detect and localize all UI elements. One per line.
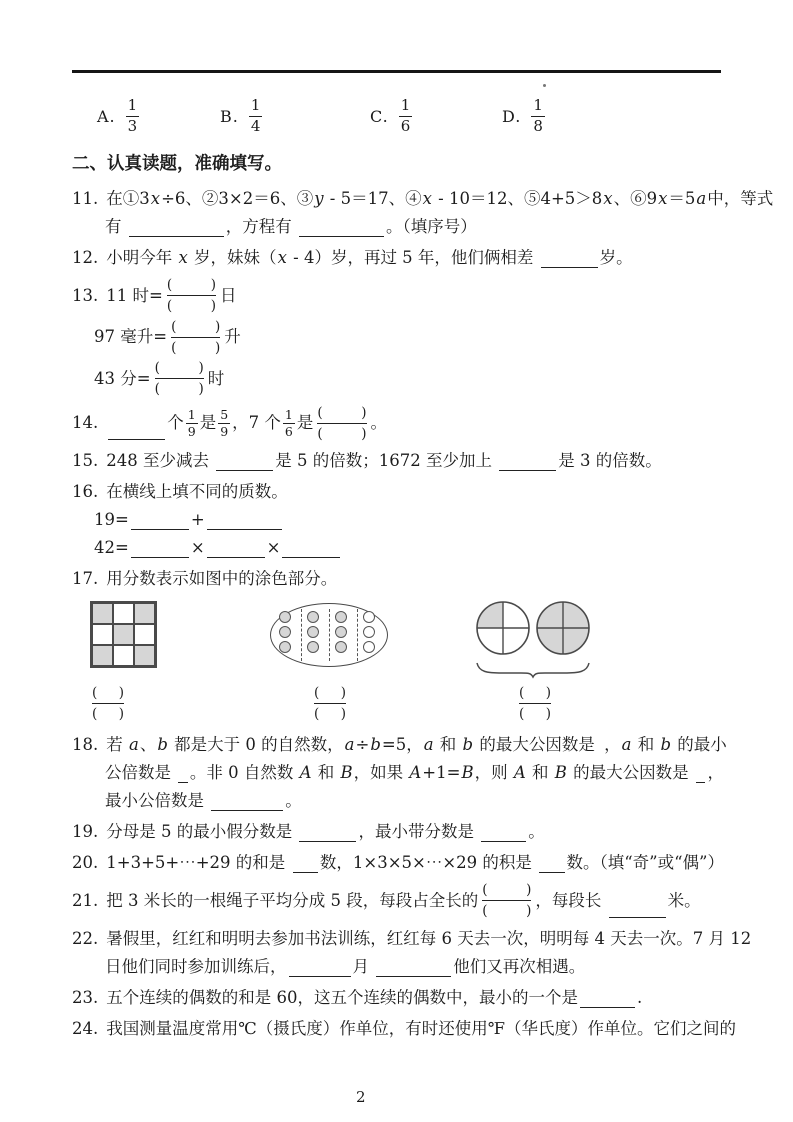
question-text: 小明今年 — [106, 244, 177, 272]
question-text: 和 — [632, 731, 659, 759]
question-number: 14. — [72, 409, 98, 437]
answer-blank — [216, 453, 273, 471]
question-row: 21.把 3 米长的一根绳子平均分成 5 段，每段占全长的( )( )，每段长 … — [72, 880, 724, 922]
fraction-blank: ( )( ) — [482, 880, 531, 922]
answer-blank — [609, 899, 666, 917]
question-21: 21.把 3 米长的一根绳子平均分成 5 段，每段占全长的( )( )，每段长 … — [72, 880, 724, 922]
answer-blank — [580, 989, 635, 1007]
answer-blank — [282, 540, 340, 558]
fraction: 19 — [186, 407, 198, 439]
question-text: 岁。 — [600, 244, 633, 272]
question-number: 11. — [72, 185, 98, 213]
answer-blank — [289, 958, 351, 976]
question-text: 把 3 米长的一根绳子平均分成 5 段，每段占全长的 — [106, 887, 478, 915]
choice-A-fraction: 13 — [126, 96, 140, 136]
question-text: + — [191, 506, 205, 534]
choice-A-label: A. — [97, 107, 116, 126]
empty-dot — [363, 611, 375, 623]
question-17-figures: ( )( ) ( )( ) ( )( ) — [72, 597, 724, 725]
fraction-blank-numerator: ( ) — [167, 275, 216, 296]
question-text: 19= — [94, 506, 129, 534]
unshaded-cell — [113, 603, 134, 624]
variable: A — [299, 759, 313, 787]
variable: x — [150, 185, 161, 213]
fraction: 59 — [218, 407, 230, 439]
question-text: - 4）岁，再过 5 年，他们俩相差 — [288, 244, 539, 272]
filled-dot — [279, 611, 291, 623]
choice-options-row: A. 13 B. 14 C. 16 D. 18 — [72, 88, 724, 144]
fraction-blank: ( )( ) — [314, 683, 346, 725]
question-text: 时 — [208, 365, 225, 393]
question-text: =5， — [382, 731, 423, 759]
question-text: - 5＝17、④ — [325, 185, 422, 213]
question-text: 、 — [140, 731, 157, 759]
question-number: 19. — [72, 818, 98, 846]
question-text: 。非 0 自然数 — [190, 759, 299, 787]
question-text: 都是大于 0 的自然数， — [169, 731, 344, 759]
choice-A: A. 13 — [97, 96, 141, 136]
fraction-numerator: 5 — [218, 407, 230, 424]
oval-dots-figure — [270, 603, 388, 667]
variable: a — [423, 731, 435, 759]
unshaded-cell — [134, 624, 155, 645]
question-text: ÷ — [355, 731, 369, 759]
answer-blank — [211, 793, 283, 811]
question-row: 42=×× — [72, 534, 724, 562]
filled-dot — [335, 641, 347, 653]
answer-blank — [129, 219, 224, 237]
question-row: 43 分=( )( )时 — [72, 358, 724, 400]
choice-C-fraction: 16 — [399, 96, 413, 136]
choice-D-fraction: 18 — [531, 96, 545, 136]
question-text: 数。（填“奇”或“偶”） — [567, 849, 725, 877]
question-row: 有 ，方程有 。（填序号） — [72, 213, 724, 241]
filled-dot — [307, 626, 319, 638]
fraction-denominator: 9 — [186, 424, 198, 440]
question-text: 。 — [371, 409, 388, 437]
fraction-blank: ( )( ) — [155, 358, 204, 400]
header-rule — [72, 70, 721, 73]
page-content: A. 13 B. 14 C. 16 D. 18 二、认真读题，准确填写。 11.… — [72, 88, 724, 1046]
question-number: 20. — [72, 849, 98, 877]
choice-B-label: B. — [220, 107, 239, 126]
fraction-blank: ( )( ) — [317, 403, 366, 445]
dashed-divider — [301, 609, 302, 661]
fraction-blank-denominator: ( ) — [171, 338, 220, 358]
question-text: 有 — [105, 213, 127, 241]
question-row: 15.248 至少减去 是 5 的倍数；1672 至少加上 是 3 的倍数。 — [72, 447, 724, 475]
question-text: ， — [707, 759, 724, 787]
question-text: 是 — [200, 409, 217, 437]
fraction-blank-numerator: ( ) — [482, 880, 531, 901]
question-row: 17.用分数表示如图中的涂色部分。 — [72, 565, 724, 593]
question-number: 22. — [72, 925, 98, 953]
question-text: 43 分= — [94, 365, 151, 393]
question-text: ，7 个 — [232, 409, 281, 437]
question-row: 11.在①3x÷6、②3×2＝6、③y - 5＝17、④x - 10＝12、⑤4… — [72, 185, 724, 213]
answer-blank — [299, 219, 384, 237]
question-text: ，每段长 — [535, 887, 606, 915]
fraction-blank: ( )( ) — [519, 683, 551, 725]
questions-18-24: 18.若 a、b 都是大于 0 的自然数，a÷b=5，a 和 b 的最大公因数是… — [72, 731, 724, 1043]
shaded-cell — [92, 603, 113, 624]
answer-blank — [207, 512, 282, 530]
question-22: 22.暑假里，红红和明明去参加书法训练，红红每 6 天去一次，明明每 4 天去一… — [72, 925, 724, 981]
fraction-blank: ( )( ) — [167, 275, 216, 317]
question-row: 19=+ — [72, 506, 724, 534]
dot-artifact — [543, 84, 546, 87]
answer-blank — [131, 540, 189, 558]
filled-dot — [335, 626, 347, 638]
question-text: × — [191, 534, 205, 562]
question-row: 18.若 a、b 都是大于 0 的自然数，a÷b=5，a 和 b 的最大公因数是… — [72, 731, 724, 759]
fraction-blank-numerator: ( ) — [171, 317, 220, 338]
fraction-blank: ( )( ) — [92, 683, 124, 725]
exam-page: A. 13 B. 14 C. 16 D. 18 二、认真读题，准确填写。 11.… — [0, 0, 793, 1122]
question-text: 和 — [312, 759, 339, 787]
variable: A — [513, 759, 527, 787]
question-text: ， — [604, 731, 621, 759]
dashed-divider — [357, 609, 358, 661]
question-23: 23.五个连续的偶数的和是 60，这五个连续的偶数中，最小的一个是. — [72, 984, 724, 1012]
answer-blank — [376, 958, 451, 976]
filled-dot — [279, 626, 291, 638]
question-row: 公倍数是 。非 0 自然数 A 和 B，如果 A+1=B，则 A 和 B 的最大… — [72, 759, 724, 787]
question-text: 五个连续的偶数的和是 60，这五个连续的偶数中，最小的一个是 — [106, 984, 578, 1012]
question-number: 16. — [72, 478, 98, 506]
question-13: 13.11 时=( )( )日97 毫升=( )( )升43 分=( )( )时 — [72, 275, 724, 400]
variable: B — [554, 759, 568, 787]
variable: B — [460, 759, 474, 787]
question-text: 。 — [285, 787, 302, 815]
question-19: 19.分母是 5 的最小假分数是 ，最小带分数是 。 — [72, 818, 724, 846]
fraction-blank-numerator: ( ) — [317, 403, 366, 424]
question-text: 个 — [167, 409, 184, 437]
question-row: 14.个19是59，7 个16是( )( )。 — [72, 403, 724, 445]
fraction-numerator: 1 — [283, 407, 295, 424]
choice-B-fraction: 14 — [249, 96, 263, 136]
answer-blank — [108, 422, 165, 440]
filled-dot — [307, 611, 319, 623]
question-text: . — [637, 984, 642, 1012]
choice-C-label: C. — [370, 107, 389, 126]
question-number: 23. — [72, 984, 98, 1012]
question-row: 日他们同时参加训练后，月 他们又再次相遇。 — [72, 953, 724, 981]
answer-blank — [541, 250, 598, 268]
question-row: 23.五个连续的偶数的和是 60，这五个连续的偶数中，最小的一个是. — [72, 984, 724, 1012]
question-text: 在①3 — [106, 185, 150, 213]
question-12: 12.小明今年 x 岁，妹妹（x - 4）岁，再过 5 年，他们俩相差 岁。 — [72, 244, 724, 272]
empty-dot — [363, 626, 375, 638]
question-text: 248 至少减去 — [106, 447, 214, 475]
question-text: 数，1×3×5×⋯×29 的积是 — [320, 849, 537, 877]
answer-blank — [178, 765, 188, 783]
fraction-blank-denominator: ( ) — [482, 901, 531, 921]
question-14: 14.个19是59，7 个16是( )( )。 — [72, 403, 724, 445]
unshaded-cell — [92, 624, 113, 645]
question-text: ，则 — [475, 759, 513, 787]
grid-figure — [90, 601, 157, 668]
question-text: 分母是 5 的最小假分数是 — [106, 818, 297, 846]
variable: x — [657, 185, 668, 213]
question-text: ÷6、②3×2＝6、③ — [161, 185, 313, 213]
answer-blank — [499, 453, 556, 471]
variable: x — [602, 185, 613, 213]
variable: b — [462, 731, 475, 759]
question-text: 、⑥9 — [614, 185, 658, 213]
question-text: × — [267, 534, 281, 562]
question-row: 24.我国测量温度常用℃（摄氏度）作单位，有时还使用℉（华氏度）作单位。它们之间… — [72, 1015, 724, 1043]
question-text: 11 时= — [106, 282, 163, 310]
question-text: 42= — [94, 534, 129, 562]
variable: a — [128, 731, 140, 759]
fraction-numerator: 1 — [186, 407, 198, 424]
variable: x — [178, 244, 189, 272]
question-text: 升 — [224, 323, 241, 351]
question-text: 他们又再次相遇。 — [453, 953, 585, 981]
variable: b — [156, 731, 169, 759]
question-text: 。 — [528, 818, 545, 846]
empty-dot — [363, 641, 375, 653]
question-text: 是 3 的倍数。 — [558, 447, 662, 475]
question-text: +1= — [422, 759, 460, 787]
answer-blank — [293, 855, 318, 873]
question-18: 18.若 a、b 都是大于 0 的自然数，a÷b=5，a 和 b 的最大公因数是… — [72, 731, 724, 815]
question-text: ，方程有 — [226, 213, 297, 241]
section-heading: 二、认真读题，准确填写。 — [72, 150, 724, 175]
question-24: 24.我国测量温度常用℃（摄氏度）作单位，有时还使用℉（华氏度）作单位。它们之间… — [72, 1015, 724, 1043]
circles-figure — [474, 599, 594, 683]
question-number: 15. — [72, 447, 98, 475]
question-text: 若 — [106, 731, 128, 759]
question-text: 日他们同时参加训练后， — [105, 953, 287, 981]
question-text: 和 — [527, 759, 554, 787]
question-text: - 10＝12、⑤4+5＞8 — [433, 185, 602, 213]
question-text: 暑假里，红红和明明去参加书法训练，红红每 6 天去一次，明明每 4 天去一次。7… — [106, 925, 751, 953]
question-number: 17. — [72, 565, 98, 593]
variable: x — [277, 244, 288, 272]
question-text: 最小公倍数是 — [105, 787, 209, 815]
question-text: 97 毫升= — [94, 323, 167, 351]
fraction-blank-numerator: ( ) — [155, 358, 204, 379]
unshaded-cell — [113, 645, 134, 666]
question-text: 1+3+5+⋯+29 的和是 — [106, 849, 290, 877]
question-text: 的最小 — [672, 731, 727, 759]
variable: A — [408, 759, 422, 787]
fraction-blank-denominator: ( ) — [317, 424, 366, 444]
shaded-cell — [92, 645, 113, 666]
answer-blank — [539, 855, 564, 873]
question-text: 在横线上填不同的质数。 — [106, 478, 288, 506]
question-text: 的最大公因数是 — [474, 731, 600, 759]
question-number: 21. — [72, 887, 98, 915]
question-row: 最小公倍数是 。 — [72, 787, 724, 815]
question-text: ，最小带分数是 — [358, 818, 479, 846]
choice-B: B. 14 — [220, 96, 264, 136]
question-number: 13. — [72, 282, 98, 310]
variable: a — [344, 731, 356, 759]
answer-blank — [207, 540, 265, 558]
shaded-cell — [113, 624, 134, 645]
fraction-denominator: 9 — [218, 424, 230, 440]
question-text: 是 — [297, 409, 314, 437]
answer-blank — [131, 512, 189, 530]
question-text: 米。 — [668, 887, 701, 915]
question-text: ＝5 — [668, 185, 695, 213]
question-11: 11.在①3x÷6、②3×2＝6、③y - 5＝17、④x - 10＝12、⑤4… — [72, 185, 724, 241]
question-text: 中，等式 — [707, 185, 773, 213]
variable: x — [422, 185, 433, 213]
variable: y — [313, 185, 324, 213]
question-text: 月 — [353, 953, 375, 981]
dashed-divider — [329, 609, 330, 661]
fraction-blank: ( )( ) — [171, 317, 220, 359]
choice-D: D. 18 — [502, 96, 547, 136]
fraction-blank-denominator: ( ) — [167, 296, 216, 316]
question-row: 16.在横线上填不同的质数。 — [72, 478, 724, 506]
question-text: 是 5 的倍数；1672 至少加上 — [275, 447, 497, 475]
shaded-cell — [134, 603, 155, 624]
question-text: 日 — [220, 282, 237, 310]
question-text: 公倍数是 — [105, 759, 176, 787]
variable: b — [369, 731, 382, 759]
question-text: 用分数表示如图中的涂色部分。 — [106, 565, 337, 593]
questions-11-17: 11.在①3x÷6、②3×2＝6、③y - 5＝17、④x - 10＝12、⑤4… — [72, 185, 724, 593]
answer-blank — [481, 824, 526, 842]
question-text: 。（填序号） — [386, 213, 477, 241]
question-text: 和 — [435, 731, 462, 759]
quarter-and-full-circle-figure — [474, 599, 592, 657]
filled-dot — [307, 641, 319, 653]
choice-C: C. 16 — [370, 96, 414, 136]
question-number: 24. — [72, 1015, 98, 1043]
page-number: 2 — [356, 1088, 366, 1106]
shaded-cell — [134, 645, 155, 666]
question-row: 19.分母是 5 的最小假分数是 ，最小带分数是 。 — [72, 818, 724, 846]
choice-D-label: D. — [502, 107, 521, 126]
answer-blank — [299, 824, 356, 842]
question-row: 20.1+3+5+⋯+29 的和是 数，1×3×5×⋯×29 的积是 数。（填“… — [72, 849, 724, 877]
question-row: 12.小明今年 x 岁，妹妹（x - 4）岁，再过 5 年，他们俩相差 岁。 — [72, 244, 724, 272]
question-text: 岁，妹妹（ — [189, 244, 277, 272]
variable: a — [695, 185, 707, 213]
question-text: ，如果 — [354, 759, 409, 787]
variable: a — [621, 731, 633, 759]
answer-blank — [696, 765, 706, 783]
fraction-blank-denominator: ( ) — [155, 379, 204, 399]
question-20: 20.1+3+5+⋯+29 的和是 数，1×3×5×⋯×29 的积是 数。（填“… — [72, 849, 724, 877]
question-row: 13.11 时=( )( )日 — [72, 275, 724, 317]
question-number: 12. — [72, 244, 98, 272]
question-text: 的最大公因数是 — [568, 759, 694, 787]
variable: B — [339, 759, 353, 787]
question-text: 我国测量温度常用℃（摄氏度）作单位，有时还使用℉（华氏度）作单位。它们之间的 — [106, 1015, 736, 1043]
underbrace-icon — [474, 661, 592, 679]
fraction-denominator: 6 — [283, 424, 295, 440]
question-17: 17.用分数表示如图中的涂色部分。 — [72, 565, 724, 593]
filled-dot — [335, 611, 347, 623]
question-number: 18. — [72, 731, 98, 759]
question-16: 16.在横线上填不同的质数。19=+42=×× — [72, 478, 724, 562]
fraction: 16 — [283, 407, 295, 439]
question-15: 15.248 至少减去 是 5 的倍数；1672 至少加上 是 3 的倍数。 — [72, 447, 724, 475]
filled-dot — [279, 641, 291, 653]
question-row: 97 毫升=( )( )升 — [72, 317, 724, 359]
question-row: 22.暑假里，红红和明明去参加书法训练，红红每 6 天去一次，明明每 4 天去一… — [72, 925, 724, 953]
variable: b — [659, 731, 672, 759]
